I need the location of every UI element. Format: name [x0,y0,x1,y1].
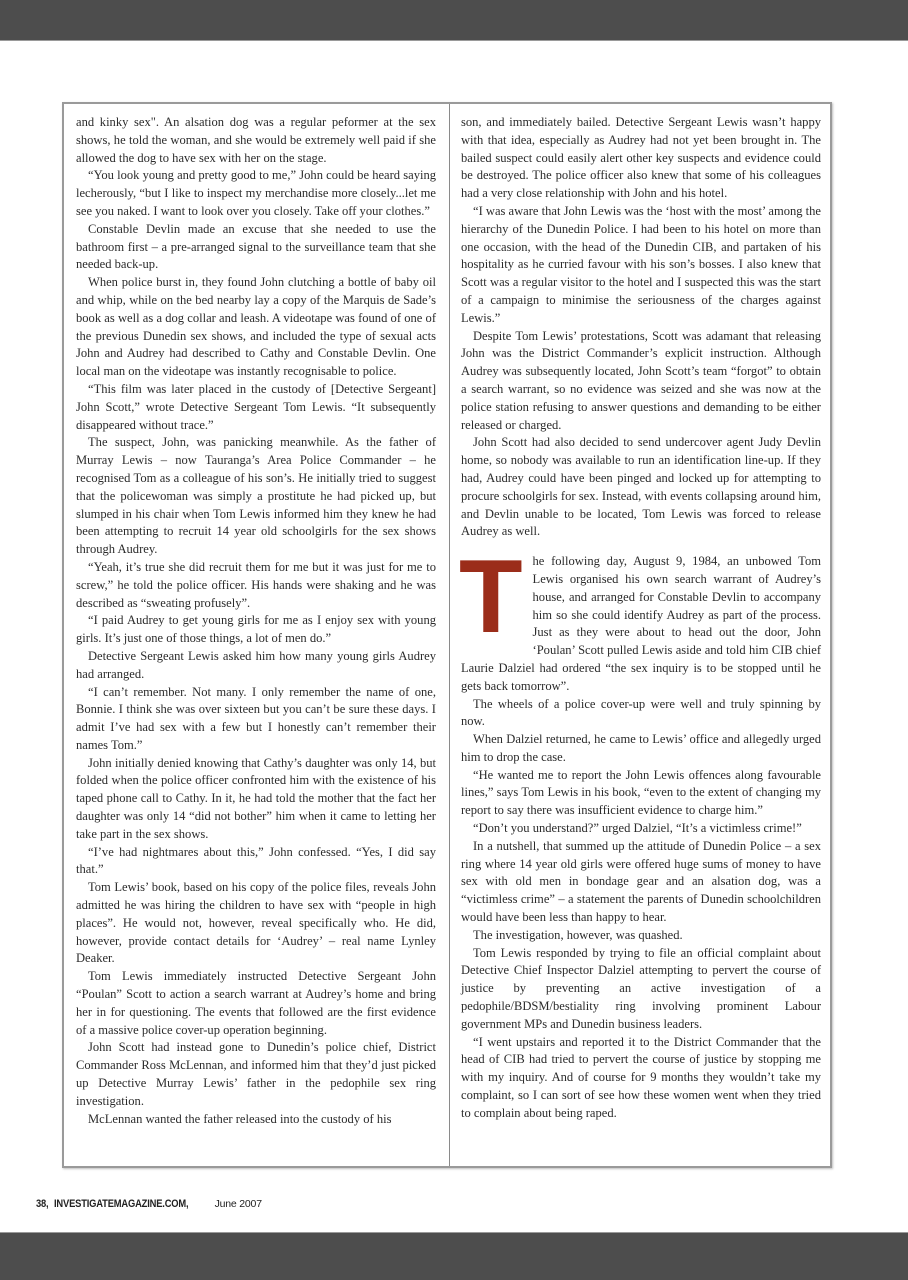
paragraph: “Don’t you understand?” urged Dalziel, “… [461,820,821,838]
article-text-box: and kinky sex". An alsation dog was a re… [62,102,832,1168]
paragraph: Despite Tom Lewis’ protestations, Scott … [461,328,821,435]
paragraph: “I’ve had nightmares about this,” John c… [76,844,436,880]
paragraph: “This film was later placed in the custo… [76,381,436,434]
paragraph: The investigation, however, was quashed. [461,927,821,945]
footer-date: June 2007 [215,1198,262,1210]
paragraph: “You look young and pretty good to me,” … [76,167,436,220]
viewer-bottom-bar [0,1232,908,1280]
paragraph: The wheels of a police cover-up were wel… [461,696,821,732]
paragraph: McLennan wanted the father released into… [76,1111,436,1129]
paragraph: The suspect, John, was panicking meanwhi… [76,434,436,559]
dropcap-letter: T [459,555,523,643]
paragraph: John initially denied knowing that Cathy… [76,755,436,844]
paragraph: “I can’t remember. Not many. I only reme… [76,684,436,755]
left-column: and kinky sex". An alsation dog was a re… [76,114,436,1128]
paragraph: “I paid Audrey to get young girls for me… [76,612,436,648]
paragraph: Constable Devlin made an excuse that she… [76,221,436,274]
viewer-top-bar [0,0,908,41]
paragraph: In a nutshell, that summed up the attitu… [461,838,821,927]
footer-page-number: 38, [36,1198,48,1210]
paragraph: “I went upstairs and reported it to the … [461,1034,821,1123]
paragraph: “I was aware that John Lewis was the ‘ho… [461,203,821,328]
page-footer: 38, INVESTIGATEMAGAZINE.COM, June 2007 [36,1198,262,1210]
right-column: son, and immediately bailed. Detective S… [461,114,821,1123]
paragraph: and kinky sex". An alsation dog was a re… [76,114,436,167]
paragraph: “Yeah, it’s true she did recruit them fo… [76,559,436,612]
paragraph: John Scott had also decided to send unde… [461,434,821,541]
paragraph: Tom Lewis’ book, based on his copy of th… [76,879,436,968]
dropcap-paragraph: The following day, August 9, 1984, an un… [461,553,821,695]
paragraph: “He wanted me to report the John Lewis o… [461,767,821,820]
paragraph: When police burst in, they found John cl… [76,274,436,381]
paragraph: John Scott had instead gone to Dunedin’s… [76,1039,436,1110]
footer-brand: INVESTIGATEMAGAZINE.COM, [54,1198,188,1210]
paragraph: Tom Lewis responded by trying to file an… [461,945,821,1034]
paragraph: When Dalziel returned, he came to Lewis’… [461,731,821,767]
paragraph: Detective Sergeant Lewis asked him how m… [76,648,436,684]
paragraph: Tom Lewis immediately instructed Detecti… [76,968,436,1039]
paragraph: son, and immediately bailed. Detective S… [461,114,821,203]
column-divider [449,104,450,1166]
